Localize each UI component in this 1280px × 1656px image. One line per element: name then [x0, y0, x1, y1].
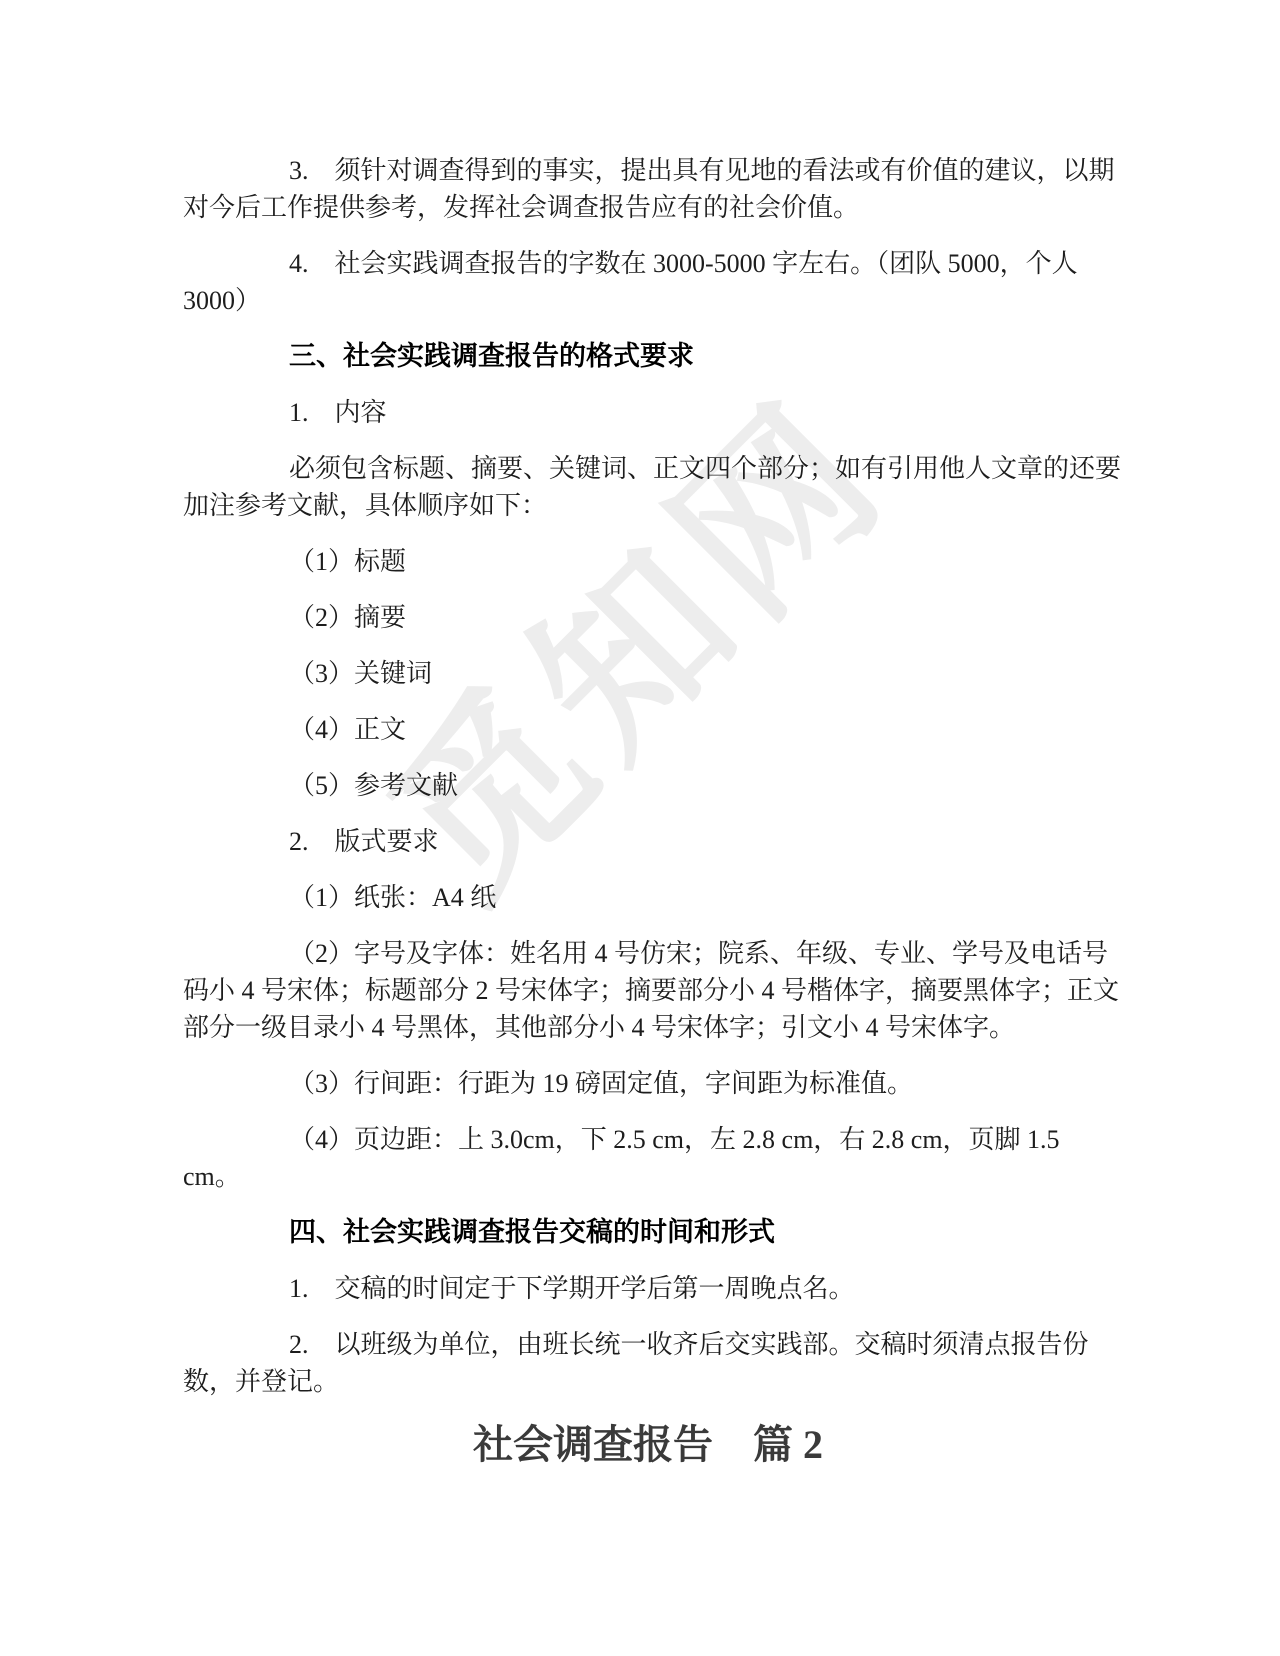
list-item: （3）关键词: [183, 655, 1113, 692]
paragraph: 2. 版式要求: [183, 823, 1113, 860]
text-line: （5）参考文献: [183, 767, 1113, 804]
text-line: cm。: [183, 1158, 1113, 1195]
text-line: 1. 内容: [183, 394, 1113, 431]
text-line: （2）字号及字体：姓名用 4 号仿宋；院系、年级、专业、学号及电话号: [183, 935, 1113, 972]
list-item: （3）行间距：行距为 19 磅固定值，字间距为标准值。: [183, 1065, 1113, 1102]
text-line: （2）摘要: [183, 599, 1113, 636]
text-line: （3）行间距：行距为 19 磅固定值，字间距为标准值。: [183, 1065, 1113, 1102]
text-line: （4）正文: [183, 711, 1113, 748]
paragraph: 4. 社会实践调查报告的字数在 3000-5000 字左右。（团队 5000，个…: [183, 245, 1113, 319]
text-line: 3000）: [183, 282, 1113, 319]
text-line: 码小 4 号宋体；标题部分 2 号宋体字；摘要部分小 4 号楷体字，摘要黑体字；…: [183, 972, 1113, 1009]
text-line: 1. 交稿的时间定于下学期开学后第一周晚点名。: [183, 1270, 1113, 1307]
list-item: （1）纸张：A4 纸: [183, 879, 1113, 916]
text-line: 数，并登记。: [183, 1363, 1113, 1400]
paragraph: 1. 内容: [183, 394, 1113, 431]
text-line: 部分一级目录小 4 号黑体，其他部分小 4 号宋体字；引文小 4 号宋体字。: [183, 1009, 1113, 1046]
text-line: 加注参考文献，具体顺序如下：: [183, 487, 1113, 524]
text-line: （3）关键词: [183, 655, 1113, 692]
paragraph: 2. 以班级为单位，由班长统一收齐后交实践部。交稿时须清点报告份 数，并登记。: [183, 1326, 1113, 1400]
text-line: 社会调查报告 篇 2: [183, 1419, 1113, 1471]
list-item: （4）正文: [183, 711, 1113, 748]
list-item: （2）字号及字体：姓名用 4 号仿宋；院系、年级、专业、学号及电话号 码小 4 …: [183, 935, 1113, 1046]
list-item: （1）标题: [183, 543, 1113, 580]
paragraph: 3. 须针对调查得到的事实，提出具有见地的看法或有价值的建议，以期 对今后工作提…: [183, 152, 1113, 226]
text-line: （4）页边距：上 3.0cm，下 2.5 cm，左 2.8 cm，右 2.8 c…: [183, 1121, 1113, 1158]
list-item: （4）页边距：上 3.0cm，下 2.5 cm，左 2.8 cm，右 2.8 c…: [183, 1121, 1113, 1195]
document-page: 觅知网 3. 须针对调查得到的事实，提出具有见地的看法或有价值的建议，以期 对今…: [0, 0, 1280, 1656]
section-heading: 四、社会实践调查报告交稿的时间和形式: [183, 1214, 1113, 1251]
text-line: 四、社会实践调查报告交稿的时间和形式: [183, 1214, 1113, 1251]
text-line: （1）标题: [183, 543, 1113, 580]
list-item: （2）摘要: [183, 599, 1113, 636]
document-body: 3. 须针对调查得到的事实，提出具有见地的看法或有价值的建议，以期 对今后工作提…: [183, 152, 1113, 1490]
paragraph: 必须包含标题、摘要、关键词、正文四个部分；如有引用他人文章的还要 加注参考文献，…: [183, 450, 1113, 524]
text-line: 必须包含标题、摘要、关键词、正文四个部分；如有引用他人文章的还要: [183, 450, 1113, 487]
page-title: 社会调查报告 篇 2: [183, 1419, 1113, 1471]
text-line: 2. 版式要求: [183, 823, 1113, 860]
list-item: （5）参考文献: [183, 767, 1113, 804]
text-line: 3. 须针对调查得到的事实，提出具有见地的看法或有价值的建议，以期: [183, 152, 1113, 189]
text-line: （1）纸张：A4 纸: [183, 879, 1113, 916]
text-line: 2. 以班级为单位，由班长统一收齐后交实践部。交稿时须清点报告份: [183, 1326, 1113, 1363]
text-line: 三、社会实践调查报告的格式要求: [183, 338, 1113, 375]
paragraph: 1. 交稿的时间定于下学期开学后第一周晚点名。: [183, 1270, 1113, 1307]
text-line: 对今后工作提供参考，发挥社会调查报告应有的社会价值。: [183, 189, 1113, 226]
text-line: 4. 社会实践调查报告的字数在 3000-5000 字左右。（团队 5000，个…: [183, 245, 1113, 282]
section-heading: 三、社会实践调查报告的格式要求: [183, 338, 1113, 375]
